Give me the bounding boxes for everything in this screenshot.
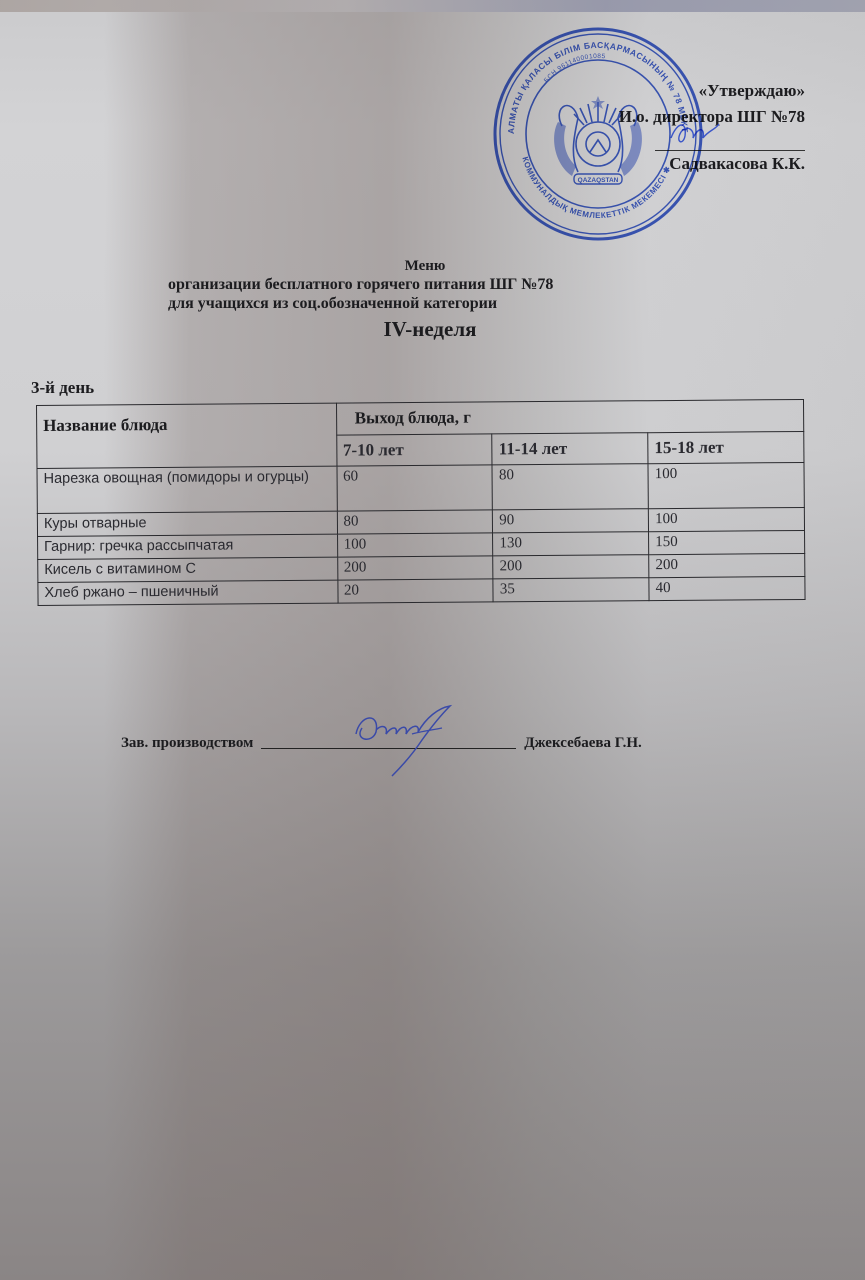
yield-11-14: 80 <box>492 464 648 510</box>
title-menu-word: Меню <box>180 258 670 275</box>
yield-15-18: 40 <box>649 576 805 600</box>
yield-11-14: 35 <box>493 578 649 602</box>
week-label: IV-неделя <box>190 317 670 342</box>
yield-15-18: 150 <box>649 530 805 554</box>
header-yield: Выход блюда, г <box>336 399 804 434</box>
production-manager-signature: Зав. производством Джексебаева Г.Н. <box>121 730 642 752</box>
document-title: Меню организации бесплатного горячего пи… <box>150 258 670 342</box>
header-age-11-14: 11-14 лет <box>492 432 648 465</box>
yield-7-10: 200 <box>337 556 493 580</box>
header-age-15-18: 15-18 лет <box>648 431 804 464</box>
signature-line <box>261 730 516 749</box>
table-row: Нарезка овощная (помидоры и огурцы) 60 8… <box>37 462 804 513</box>
day-label: 3-й день <box>31 378 94 398</box>
official-stamp-icon: АЛМАТЫ ҚАЛАСЫ БІЛІМ БАСҚАРМАСЫНЫҢ № 78 М… <box>492 26 704 242</box>
dish-name: Хлеб ржано – пшеничный <box>38 580 338 605</box>
dish-name: Нарезка овощная (помидоры и огурцы) <box>37 466 337 513</box>
dish-name: Куры отварные <box>37 511 337 536</box>
paper-top-edge <box>0 0 865 12</box>
table-row: Хлеб ржано – пшеничный 20 35 40 <box>38 576 805 605</box>
yield-7-10: 80 <box>337 510 493 534</box>
title-line-2: для учащихся из соц.обозначенной категор… <box>150 294 670 313</box>
yield-7-10: 20 <box>337 579 493 603</box>
yield-7-10: 100 <box>337 533 493 557</box>
yield-11-14: 200 <box>493 555 649 579</box>
dish-name: Гарнир: гречка рассыпчатая <box>38 534 338 559</box>
signature-icon <box>346 704 466 779</box>
signer-name: Джексебаева Г.Н. <box>524 735 641 752</box>
menu-table: Название блюда Выход блюда, г 7-10 лет 1… <box>36 399 806 606</box>
header-dish-name: Название блюда <box>37 403 337 468</box>
signer-role: Зав. производством <box>121 735 253 752</box>
yield-15-18: 100 <box>648 462 804 508</box>
header-age-7-10: 7-10 лет <box>336 433 492 466</box>
stamp-emblem-label: QAZAQSTAN <box>578 177 619 184</box>
yield-7-10: 60 <box>337 465 493 511</box>
yield-11-14: 90 <box>493 509 649 533</box>
yield-15-18: 200 <box>649 553 805 577</box>
dish-name: Кисель с витамином С <box>38 557 338 582</box>
yield-15-18: 100 <box>648 507 804 531</box>
title-line-1: организации бесплатного горячего питания… <box>150 275 670 294</box>
yield-11-14: 130 <box>493 532 649 556</box>
